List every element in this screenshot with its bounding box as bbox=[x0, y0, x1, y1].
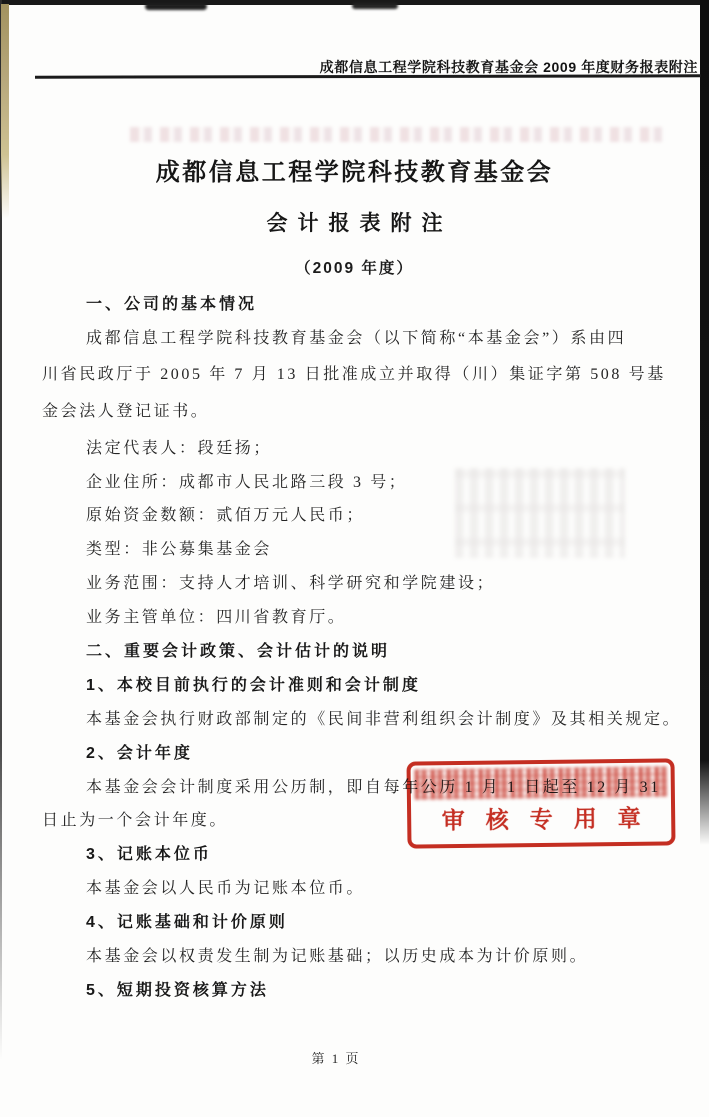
section-heading: 一、公司的基本情况 bbox=[42, 297, 682, 331]
scan-edge-right bbox=[700, 0, 709, 845]
info-line: 类型：非公募集基金会 bbox=[42, 542, 682, 576]
audit-stamp: 审核专用章 bbox=[406, 758, 675, 848]
header-rule bbox=[35, 74, 701, 78]
paragraph-line: 金会法人登记证书。 bbox=[42, 404, 682, 441]
subsection-heading: 3、记账本位币 bbox=[42, 847, 682, 881]
document-body: 一、公司的基本情况 成都信息工程学院科技教育基金会（以下简称“本基金会”）系由四… bbox=[42, 297, 682, 1017]
paragraph-line: 本基金会以人民币为记账本位币。 bbox=[42, 881, 682, 915]
paragraph-line: 成都信息工程学院科技教育基金会（以下简称“本基金会”）系由四 bbox=[42, 331, 682, 368]
paragraph-line: 川省民政厅于 2005 年 7 月 13 日批准成立并取得（川）集证字第 508… bbox=[42, 367, 682, 404]
ink-bleed-through bbox=[130, 127, 664, 142]
stamp-label: 审核专用章 bbox=[411, 799, 671, 835]
subsection-heading: 5、短期投资核算方法 bbox=[42, 983, 682, 1017]
subsection-heading: 4、记账基础和计价原则 bbox=[42, 915, 682, 949]
paragraph-line: 本基金会执行财政部制定的《民间非营利组织会计制度》及其相关规定。 bbox=[42, 712, 682, 746]
info-line: 原始资金数额：贰佰万元人民币； bbox=[42, 508, 682, 542]
report-period: （2009 年度） bbox=[0, 256, 709, 278]
scanned-document-page: 成都信息工程学院科技教育基金会 2009 年度财务报表附注 成都信息工程学院科技… bbox=[0, 0, 709, 1117]
scan-smudge bbox=[352, 3, 398, 9]
page-number: 第 1 页 bbox=[0, 1048, 672, 1067]
info-line: 业务范围：支持人才培训、科学研究和学院建设； bbox=[42, 576, 682, 610]
info-line: 法定代表人：段廷扬； bbox=[42, 441, 682, 475]
info-line: 业务主管单位：四川省教育厅。 bbox=[42, 610, 682, 644]
document-title: 会计报表附注 bbox=[0, 207, 709, 237]
subsection-heading: 1、本校目前执行的会计准则和会计制度 bbox=[42, 678, 682, 712]
paragraph-line: 本基金会以权责发生制为记账基础；以历史成本为计价原则。 bbox=[42, 949, 682, 983]
organization-title: 成都信息工程学院科技教育基金会 bbox=[0, 152, 709, 187]
scan-smudge bbox=[145, 3, 207, 10]
section-heading: 二、重要会计政策、会计估计的说明 bbox=[42, 644, 682, 678]
stamp-illegible-top-line bbox=[415, 766, 667, 799]
info-line: 企业住所：成都市人民北路三段 3 号； bbox=[42, 475, 682, 509]
